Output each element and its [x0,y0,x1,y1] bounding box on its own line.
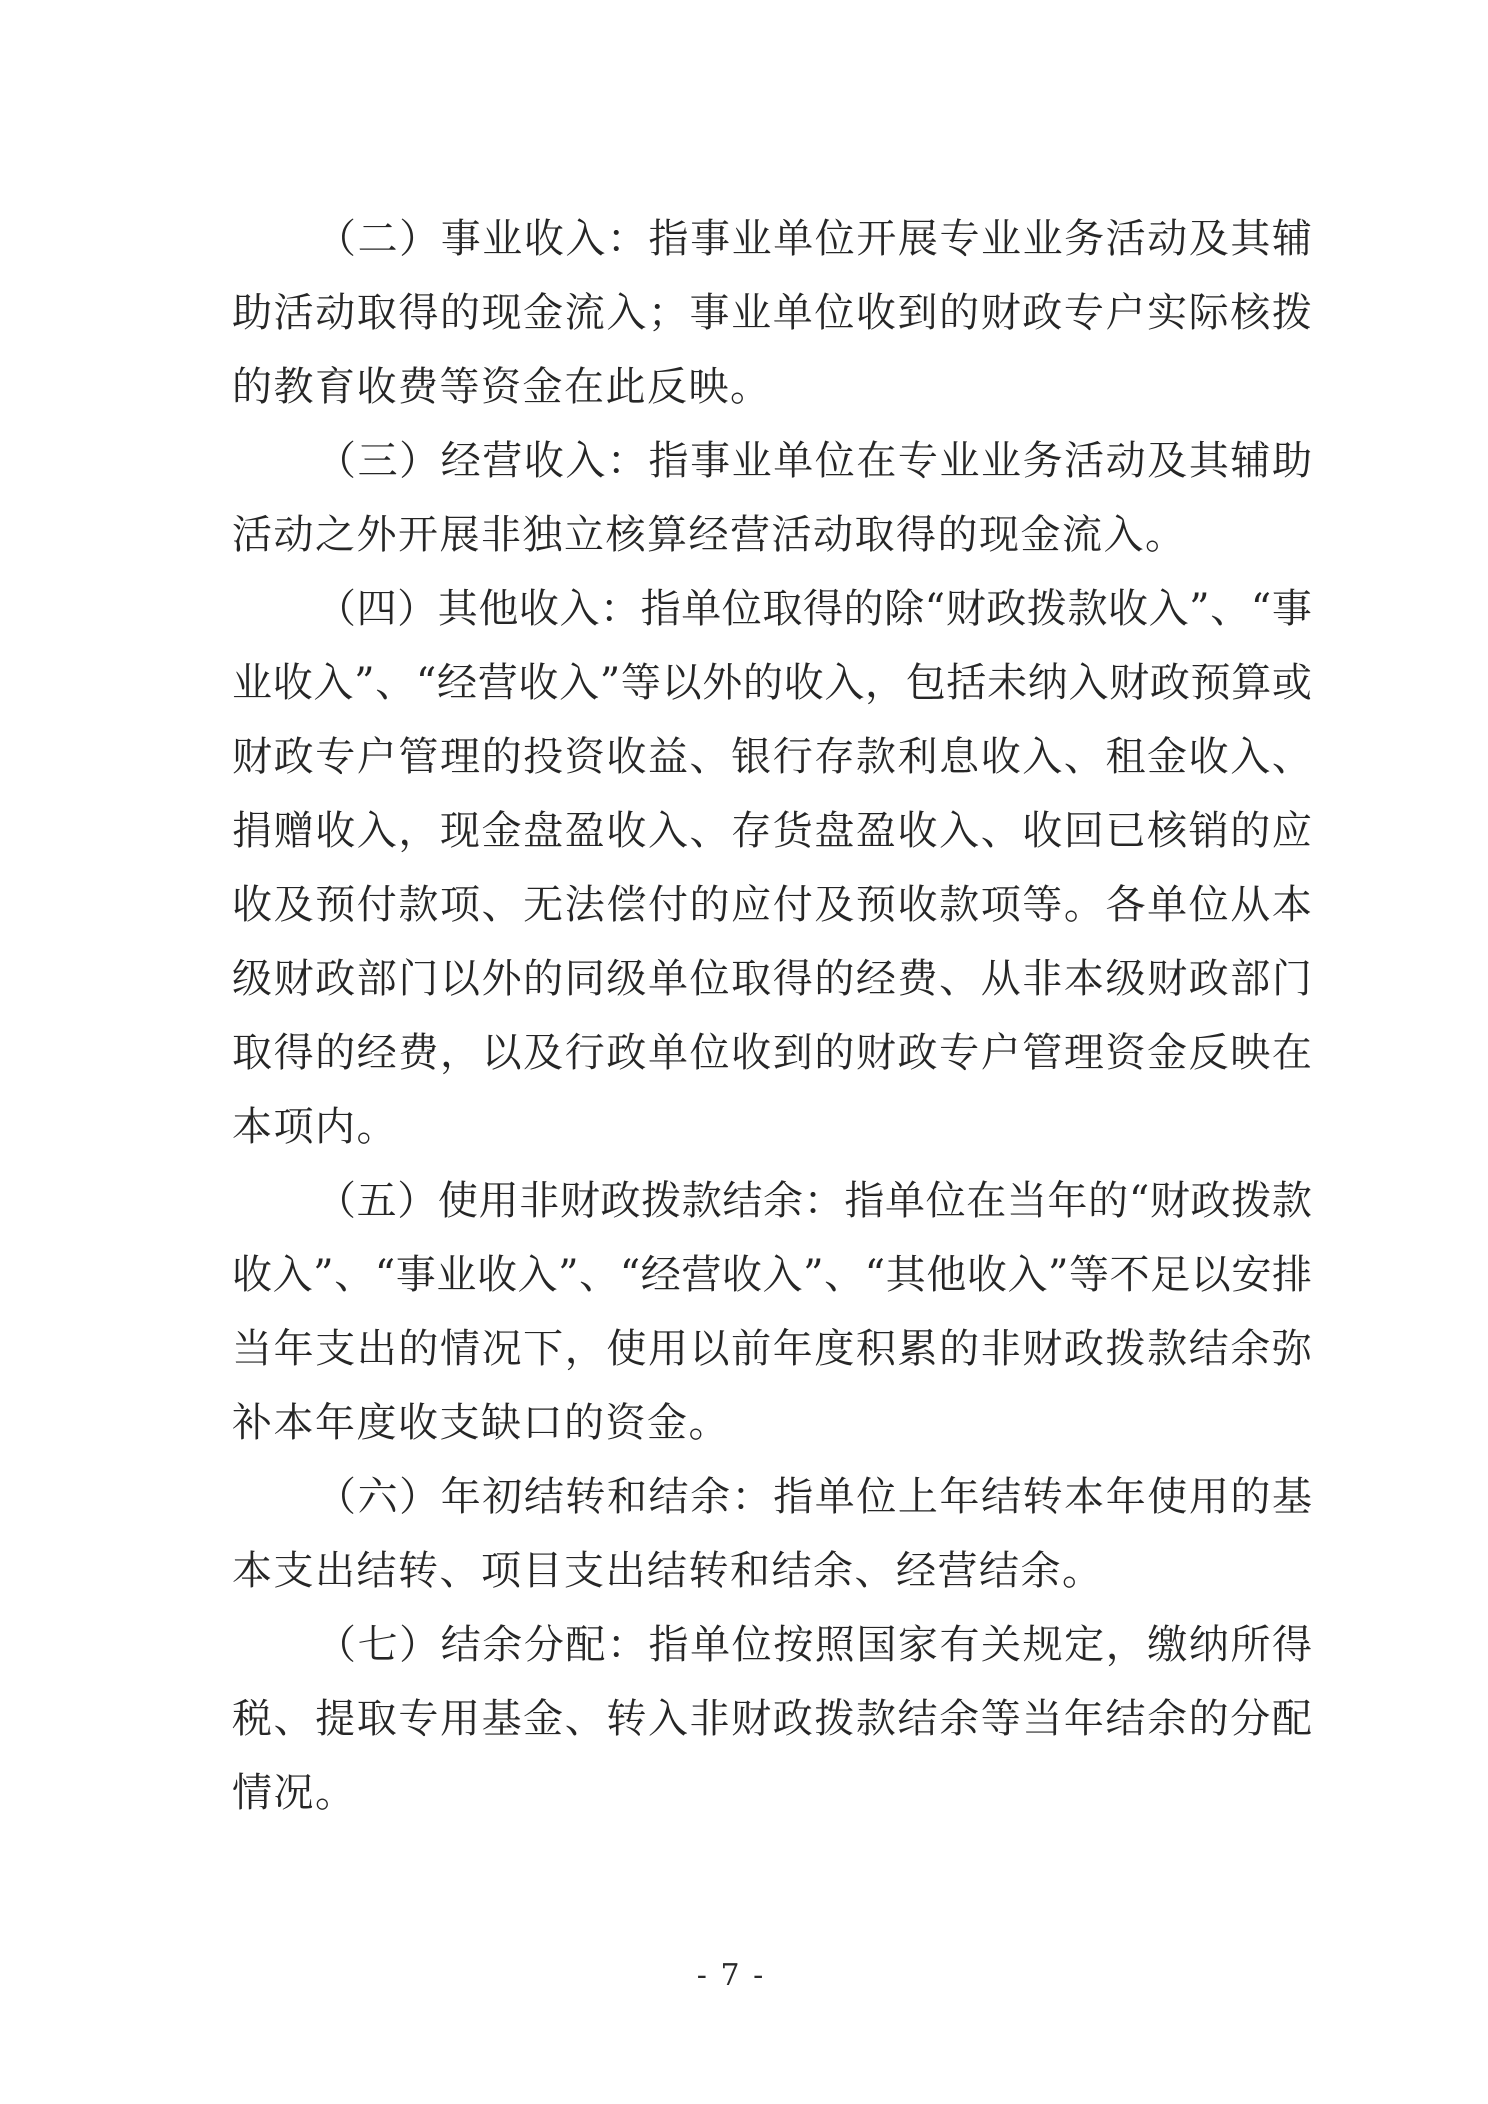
text-line: 助活动取得的现金流入；事业单位收到的财政专户实际核拨 [232,276,1312,350]
text-line: 情况。 [232,1756,1312,1830]
text-line: 本项内。 [232,1090,1312,1164]
text-line: （七）结余分配：指单位按照国家有关规定，缴纳所得 [232,1608,1312,1682]
text-line: 活动之外开展非独立核算经营活动取得的现金流入。 [232,498,1312,572]
text-line: 业收入”、“经营收入”等以外的收入，包括未纳入财政预算或 [232,646,1312,720]
text-line: 级财政部门以外的同级单位取得的经费、从非本级财政部门 [232,942,1312,1016]
text-line: 补本年度收支缺口的资金。 [232,1386,1312,1460]
text-line: 捐赠收入，现金盘盈收入、存货盘盈收入、收回已核销的应 [232,794,1312,868]
text-line: 的教育收费等资金在此反映。 [232,350,1312,424]
text-line: 收及预付款项、无法偿付的应付及预收款项等。各单位从本 [232,868,1312,942]
body-text: （二）事业收入：指事业单位开展专业业务活动及其辅 助活动取得的现金流入；事业单位… [232,202,1312,1830]
text-line: 财政专户管理的投资收益、银行存款利息收入、租金收入、 [232,720,1312,794]
text-line: （五）使用非财政拨款结余：指单位在当年的“财政拨款 [232,1164,1312,1238]
text-line: （二）事业收入：指事业单位开展专业业务活动及其辅 [232,202,1312,276]
text-line: 当年支出的情况下，使用以前年度积累的非财政拨款结余弥 [232,1312,1312,1386]
text-line: 本支出结转、项目支出结转和结余、经营结余。 [232,1534,1312,1608]
text-line: 收入”、“事业收入”、“经营收入”、“其他收入”等不足以安排 [232,1238,1312,1312]
text-line: （四）其他收入：指单位取得的除“财政拨款收入”、“事 [232,572,1312,646]
text-line: （三）经营收入：指事业单位在专业业务活动及其辅助 [232,424,1312,498]
document-page: （二）事业收入：指事业单位开展专业业务活动及其辅 助活动取得的现金流入；事业单位… [0,0,1488,2104]
text-line: （六）年初结转和结余：指单位上年结转本年使用的基 [232,1460,1312,1534]
page-number: - 7 - [0,1958,1475,1993]
text-line: 税、提取专用基金、转入非财政拨款结余等当年结余的分配 [232,1682,1312,1756]
text-line: 取得的经费，以及行政单位收到的财政专户管理资金反映在 [232,1016,1312,1090]
